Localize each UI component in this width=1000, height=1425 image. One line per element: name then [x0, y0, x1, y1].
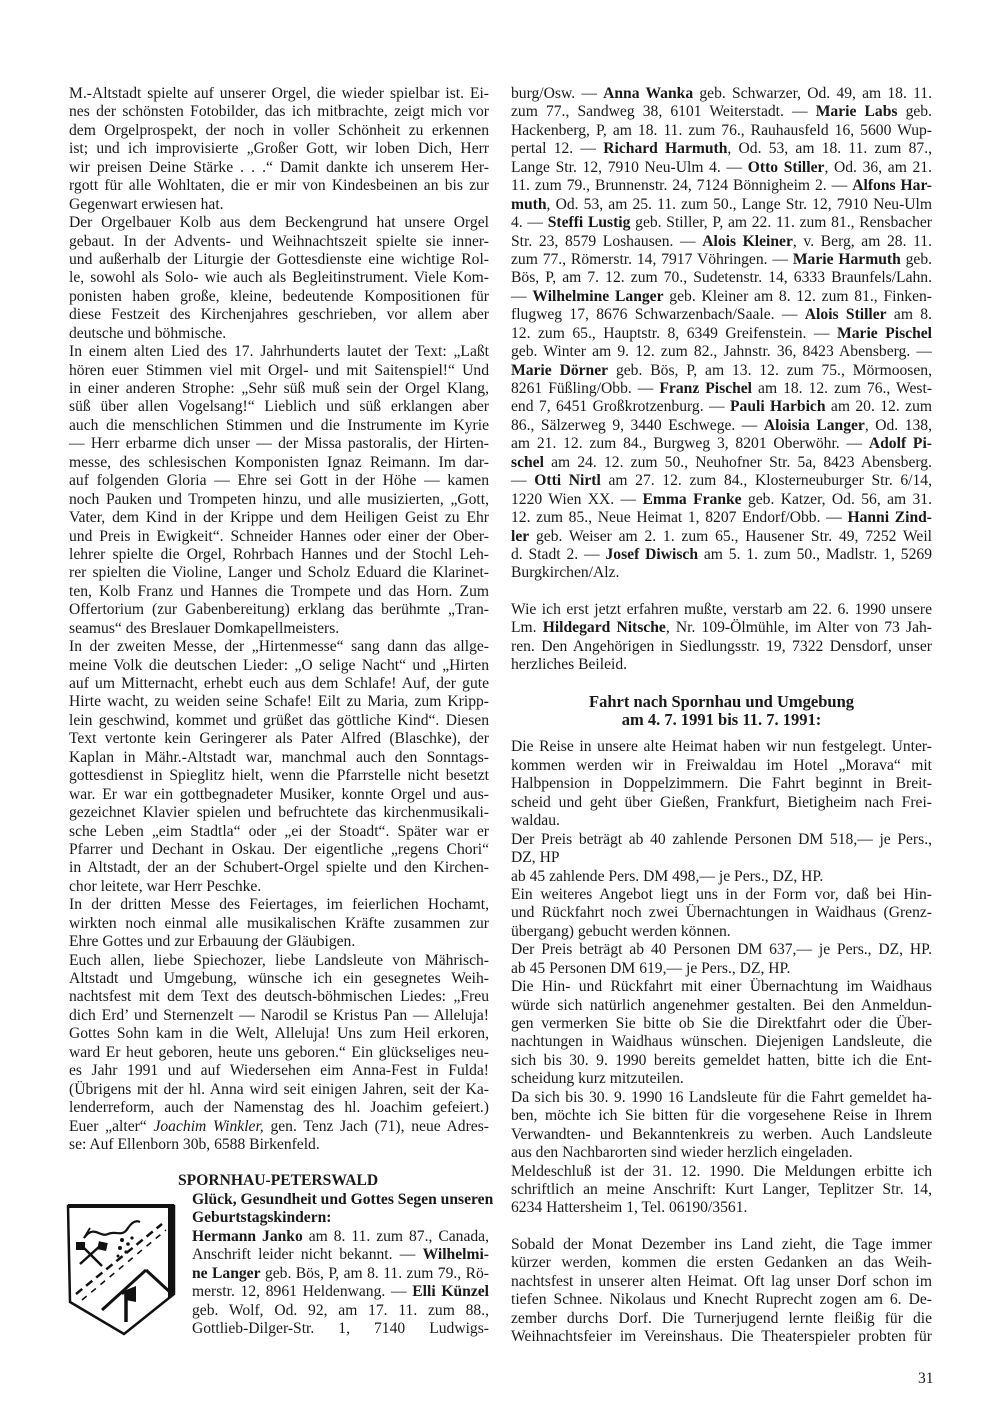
trip-line: Der Preis beträgt ab 40 Personen DM 637,…: [511, 941, 932, 959]
december-article: Sobald der Monat Dezember ins Land zieht…: [511, 1236, 932, 1347]
birthday-line: zum 77., Römerstr. 14, 7917 Vöhringen. —…: [511, 251, 932, 269]
text-line: messe, des schlesischen Komponisten Igna…: [69, 454, 489, 472]
trip-line: schriftlich an meine Anschrift: Kurt Lan…: [511, 1181, 932, 1199]
trip-line: und Rückfahrt noch zwei Übernachtungen i…: [511, 904, 932, 922]
name-bold: muth: [511, 196, 547, 213]
text-line: Gottes Sohn kam in die Welt, Alleluja! U…: [69, 1025, 489, 1043]
birthday-line: Gottlieb-Dilger-Str. 1, 7140 Ludwigs-: [192, 1320, 489, 1338]
text-line: nes der schönsten Fotobilder, das ich mi…: [69, 103, 489, 121]
text-line: noch Pauken und Trompeten hinzu, und all…: [69, 491, 489, 509]
name-bold: Otto Stiller: [748, 159, 825, 176]
birthday-line: end 7, 6451 Großkrotzenburg. — Pauli Har…: [511, 398, 932, 416]
trip-line: Verwandten- und Bekanntenkreis zu werben…: [511, 1126, 932, 1144]
name-bold: Alfons Har-: [852, 177, 932, 194]
birthday-line: ler geb. Weiser am 2. 1. zum 65., Hausen…: [511, 528, 932, 546]
trip-line: ben, möchte ich Sie bitten für die vorge…: [511, 1107, 932, 1125]
birthday-line: Bös, P, am 7. 12. zum 70., Sudetenstr. 1…: [511, 269, 932, 287]
trip-line: aus den Nachbarorten sind wieder herzlic…: [511, 1144, 932, 1162]
name-bold: Anna Wanka: [603, 85, 693, 102]
name-bold: schel: [511, 454, 544, 471]
name-bold: ler: [511, 528, 529, 545]
trip-line: scheidung kurz mitzuteilen.: [511, 1070, 932, 1088]
birthday-line: 86., Sälzerweg 9, 3440 Eschwege. — Alois…: [511, 417, 932, 435]
birthday-line: Str. 23, 8579 Loshausen. — Alois Kleiner…: [511, 233, 932, 251]
text-line: Sobald der Monat Dezember ins Land zieht…: [511, 1236, 932, 1254]
trip-line: DZ, HP: [511, 849, 932, 867]
text-line: seamus“ des Breslauer Domkapellmeisters.: [69, 620, 489, 638]
trip-line: gen vermerken Sie bitte ob Sie die Direk…: [511, 1015, 932, 1033]
text-line: Euer „alter“ Joachim Winkler, gen. Tenz …: [69, 1118, 489, 1136]
birthday-line: muth, Od. 53, am 25. 11. zum 50., Lange …: [511, 196, 932, 214]
birthday-line: Burgkirchen/Alz.: [511, 564, 932, 582]
text-line: gebaut. In der Advents- und Weihnachtsze…: [69, 233, 489, 251]
text-line: tiefen Schnee. Nikolaus und Knecht Rupre…: [511, 1291, 932, 1309]
birthday-line: 11. zum 79., Brunnenstr. 24, 7124 Bönnig…: [511, 177, 932, 195]
obituary-line: ren. Den Angehörigen in Siedlungsstr. 19…: [511, 638, 932, 656]
text-line: gezeichnet Klavier spielen und befruchte…: [69, 804, 489, 822]
trip-line: Ein weiteres Angebot liegt uns in der Fo…: [511, 886, 932, 904]
name-bold: Franz Pischel: [659, 380, 752, 397]
text-line: hören euer Stimmen viel mit Orgel- und m…: [69, 362, 489, 380]
birthday-line: pertal 12. — Richard Harmuth, Od. 53, am…: [511, 140, 932, 158]
text-line: ten, Kolb Franz und Hannes die Trompete …: [69, 583, 489, 601]
birthday-line: — Wilhelmine Langer geb. Kleiner am 8. 1…: [511, 288, 932, 306]
birthday-line: 12. zum 85., Neue Heimat 1, 8207 Endorf/…: [511, 509, 932, 527]
obituary-line: herzliches Beileid.: [511, 656, 932, 674]
name-bold: Hanni Zind-: [847, 509, 932, 526]
text-line: Kaplan in Mähr.-Altstadt war, manchmal a…: [69, 749, 489, 767]
birthday-line: Marie Dörner geb. Bös, P, am 13. 12. zum…: [511, 362, 932, 380]
trip-line: Halbpension in Doppelzimmern. Die Fahrt …: [511, 775, 932, 793]
trip-heading-line-2: am 4. 7. 1991 bis 11. 7. 1991:: [511, 711, 932, 729]
birthday-line: merstr. 12, 8961 Heldenwang. — Elli Künz…: [192, 1283, 489, 1301]
right-column: burg/Osw. — Anna Wanka geb. Schwarzer, O…: [511, 85, 932, 1346]
trip-line: sich bis 30. 9. 1990 bereits gemeldet ha…: [511, 1052, 932, 1070]
birthday-line: Glück, Gesundheit und Gottes Segen unser…: [192, 1191, 489, 1209]
obituary-notice: Wie ich erst jetzt erfahren mußte, verst…: [511, 601, 932, 675]
name-bold: ne Langer: [192, 1265, 261, 1282]
page-number: 31: [918, 1370, 934, 1388]
trip-line: waldau.: [511, 812, 932, 830]
trip-line: Meldeschluß ist der 31. 12. 1990. Die Me…: [511, 1163, 932, 1181]
text-line: chor leitete, war Herr Peschke.: [69, 878, 489, 896]
birthday-line: Anschrift leider nicht bekannt. — Wilhel…: [192, 1246, 489, 1264]
text-line: dich Erd’ und Sternenzelt — Narodil se K…: [69, 1007, 489, 1025]
text-line: wirkten noch einmal alle musikalischen K…: [69, 915, 489, 933]
birthday-line: 1220 Wien XX. — Emma Franke geb. Katzer,…: [511, 491, 932, 509]
text-line: auf folgenden Gloria — Ehre sei Gott in …: [69, 472, 489, 490]
trip-line: würde sich natürlich angenehmer gestalte…: [511, 997, 932, 1015]
trip-line: 6234 Hattersheim 1, Tel. 06190/3561.: [511, 1199, 932, 1217]
name-bold: Alois Stiller: [805, 306, 887, 323]
birthday-line: am 21. 12. zum 84., Burgweg 3, 8201 Ober…: [511, 435, 932, 453]
text-line: auch die menschlichen Stimmen und die In…: [69, 417, 489, 435]
name-bold: Otti Nirtl: [534, 472, 601, 489]
birthday-line: geb. Winter am 9. 12. zum 82., Jahnstr. …: [511, 343, 932, 361]
text-line: ist; und ich improvisierte „Großer Gott,…: [69, 140, 489, 158]
birthday-line: d. Stadt 2. — Josef Diwisch am 5. 1. zum…: [511, 546, 932, 564]
text-line: gottesdienst in Spieglitz hielt, wenn di…: [69, 767, 489, 785]
text-line: Der Orgelbauer Kolb aus dem Beckengrund …: [69, 214, 489, 232]
birthday-line: flugweg 17, 8676 Schwarzenbach/Saale. — …: [511, 306, 932, 324]
trip-description: Die Reise in unsere alte Heimat haben wi…: [511, 738, 932, 1217]
birthday-line: burg/Osw. — Anna Wanka geb. Schwarzer, O…: [511, 85, 932, 103]
text-line: sche Leben „eim Stadtla“ oder „ei der St…: [69, 823, 489, 841]
name-bold: Marie Labs: [816, 103, 898, 120]
birthday-line: 8261 Füßling/Obb. — Franz Pischel am 18.…: [511, 380, 932, 398]
trip-line: scheid und geht über Gießen, Frankfurt, …: [511, 794, 932, 812]
trip-heading: Fahrt nach Spornhau und Umgebung am 4. 7…: [511, 693, 932, 730]
text-line: meine Volk die deutschen Lieder: „O seli…: [69, 657, 489, 675]
text-line: Ehre Gottes und zur Erbauung der Gläubig…: [69, 933, 489, 951]
trip-heading-line-1: Fahrt nach Spornhau und Umgebung: [511, 693, 932, 711]
birthday-line: ne Langer geb. Bös, P, am 8. 11. zum 79.…: [192, 1265, 489, 1283]
birthday-line: Lange Str. 12, 7910 Neu-Ulm 4. — Otto St…: [511, 159, 932, 177]
text-line: in Altstadt, der an der Schubert-Orgel s…: [69, 859, 489, 877]
text-line: Euch allen, liebe Spiechozer, liebe Land…: [69, 952, 489, 970]
text-line: und außerhalb der Liturgie der Gottesdie…: [69, 251, 489, 269]
name-bold: Adolf Pi-: [869, 435, 932, 452]
name-bold: Wilhelmine Langer: [532, 288, 663, 305]
text-line: lehrer spielte die Orgel, Rohrbach Hanne…: [69, 546, 489, 564]
text-line: — Herr erbarme dich unser — der Missa pa…: [69, 435, 489, 453]
text-line: Altstadt und Umgebung, wünsche ich ein g…: [69, 970, 489, 988]
birthday-line: Geburtstagskindern:: [192, 1209, 489, 1227]
name-bold: Hermann Janko: [192, 1228, 303, 1245]
text-line: nachtsfest mit dem Text des deutsch-böhm…: [69, 988, 489, 1006]
text-line: Hirte wacht, zu weiden seine Schafe! Eil…: [69, 693, 489, 711]
text-line: se: Auf Ellenborn 30b, 6588 Birkenfeld.: [69, 1136, 489, 1154]
text-line: wir preisen Deine Stärke . . .“ Damit da…: [69, 159, 489, 177]
name-bold: Richard Harmuth: [603, 140, 727, 157]
name-bold: Emma Franke: [643, 491, 742, 508]
text-line: rgott für alle Wohltaten, die er mir von…: [69, 177, 489, 195]
trip-line: übergang) gebucht werden können.: [511, 923, 932, 941]
text-line: ponisten haben große, kleine, bedeutende…: [69, 288, 489, 306]
text-line: Offertorium (zur Gabenbereitung) erklang…: [69, 601, 489, 619]
text-line: M.-Altstadt spielte auf unserer Orgel, d…: [69, 85, 489, 103]
text-line: rer spielten die Violine, Langer und Sch…: [69, 564, 489, 582]
text-line: ward Er heut geboren, heute uns geboren.…: [69, 1044, 489, 1062]
name-bold: Aloisia Langer: [764, 417, 865, 434]
text-line: kürzer werden, kommen die ersten Gedanke…: [511, 1254, 932, 1272]
name-bold: Elli Künzel: [412, 1283, 489, 1300]
text-line: Pfarrer und Dechant in Oskau. Der eigent…: [69, 841, 489, 859]
name-bold: Alois Kleiner: [702, 233, 793, 250]
text-line: In einem alten Lied des 17. Jahrhunderts…: [69, 343, 489, 361]
text-line: war. Er war ein gottbegnadeter Musiker, …: [69, 786, 489, 804]
trip-line: ab 45 zahlende Pers. DM 498,— je Pers., …: [511, 868, 932, 886]
text-line: es Jahr 1991 und auf Wiedersehen eim Ann…: [69, 1062, 489, 1080]
birthday-line: 4. — Steffi Lustig geb. Stiller, P, am 2…: [511, 214, 932, 232]
text-line: lenderreform, auch der Namenstag des hl.…: [69, 1099, 489, 1117]
text-line: In der dritten Messe des Feiertages, im …: [69, 896, 489, 914]
birthday-list-continued: burg/Osw. — Anna Wanka geb. Schwarzer, O…: [511, 85, 932, 583]
text-line: deutsche und böhmische.: [69, 325, 489, 343]
trip-line: Da sich bis 30. 9. 1990 16 Landsleute fü…: [511, 1089, 932, 1107]
text-line: in einer anderen Strophe: „Sehr süß muß …: [69, 380, 489, 398]
text-line: dem Orgelprospekt, der noch in voller Sc…: [69, 122, 489, 140]
birthday-line: schel am 24. 12. zum 50., Neuhofner Str.…: [511, 454, 932, 472]
trip-line: Die Reise in unsere alte Heimat haben wi…: [511, 738, 932, 756]
text-line: auf um Mitternacht, erhebt euch aus dem …: [69, 675, 489, 693]
text-line: nachtsfest in unserer alten Heimat. Oft …: [511, 1273, 932, 1291]
name-bold: Pauli Harbich: [730, 398, 826, 415]
name-bold: Steffi Lustig: [548, 214, 631, 231]
text-line: Weihnachtsfeier im Vereinshaus. Die Thea…: [511, 1328, 932, 1346]
coat-of-arms-icon: [62, 1198, 182, 1338]
section-title-spornhau-peterswald: SPORNHAU-PETERSWALD: [178, 1172, 378, 1190]
name-bold: Marie Pischel: [837, 325, 932, 342]
birthday-list-intro: Glück, Gesundheit und Gottes Segen unser…: [192, 1191, 489, 1339]
name-bold: Josef Diwisch: [606, 546, 699, 563]
text-line: zember durchs Dorf. Die Turnerjugend ler…: [511, 1310, 932, 1328]
name-bold: Marie Harmuth: [793, 251, 901, 268]
name-bold: Geburtstagskindern:: [192, 1209, 332, 1226]
left-column-article: M.-Altstadt spielte auf unserer Orgel, d…: [69, 85, 489, 1154]
text-line: Gegenwart erwiesen hat.: [69, 196, 489, 214]
text-line: (Übrigens mit der hl. Anna wird seit ein…: [69, 1081, 489, 1099]
birthday-line: 12. zum 65., Hauptstr. 8, 6349 Greifenst…: [511, 325, 932, 343]
text-line: In der zweiten Messe, der „Hirtenmesse“ …: [69, 638, 489, 656]
trip-line: kommen werden wir in Freiwaldau im Hotel…: [511, 757, 932, 775]
text-line: le, sowohl als Solo- wie auch als Beglei…: [69, 269, 489, 287]
birthday-line: Hermann Janko am 8. 11. zum 87., Canada,: [192, 1228, 489, 1246]
trip-line: nachtungen in Waidhaus wünschen. Diejeni…: [511, 1033, 932, 1051]
name-bold: Glück, Gesundheit und Gottes Segen unser…: [192, 1191, 493, 1208]
author-name: Joachim Winkler,: [153, 1118, 263, 1135]
birthday-line: geb. Wolf, Od. 92, am 17. 11. zum 88.,: [192, 1302, 489, 1320]
name-bold: Hildegard Nitsche: [543, 619, 666, 636]
trip-line: ab 45 Personen DM 619,— je Pers., DZ, HP…: [511, 960, 932, 978]
name-bold: Wilhelmi-: [423, 1246, 489, 1263]
birthday-line: — Otti Nirtl am 27. 12. zum 84., Kloster…: [511, 472, 932, 490]
text-line: Text vertonte kein Geringerer als Pater …: [69, 730, 489, 748]
text-line: und Preis in Ewigkeit“. Schneider Hannes…: [69, 528, 489, 546]
trip-line: Der Preis beträgt ab 40 zahlende Persone…: [511, 831, 932, 849]
document-page: M.-Altstadt spielte auf unserer Orgel, d…: [0, 0, 1000, 1425]
trip-line: Die Hin- und Rückfahrt mit einer Übernac…: [511, 978, 932, 996]
obituary-line: Lm. Hildegard Nitsche, Nr. 109-Ölmühle, …: [511, 619, 932, 637]
birthday-line: zum 77., Sandweg 38, 6101 Weiterstadt. —…: [511, 103, 932, 121]
text-line: Vater, dem Kind in der Krippe und dem He…: [69, 509, 489, 527]
name-bold: Marie Dörner: [511, 362, 608, 379]
text-line: diese Festzeit des Kirchenjahres geschri…: [69, 306, 489, 324]
text-line: lein geschwind, kommet und grüßet das gö…: [69, 712, 489, 730]
birthday-line: Hackenberg, P, am 18. 11. zum 76., Rauha…: [511, 122, 932, 140]
text-line: süß über allen Vogelsang!“ Lieblich und …: [69, 398, 489, 416]
obituary-line: Wie ich erst jetzt erfahren mußte, verst…: [511, 601, 932, 619]
